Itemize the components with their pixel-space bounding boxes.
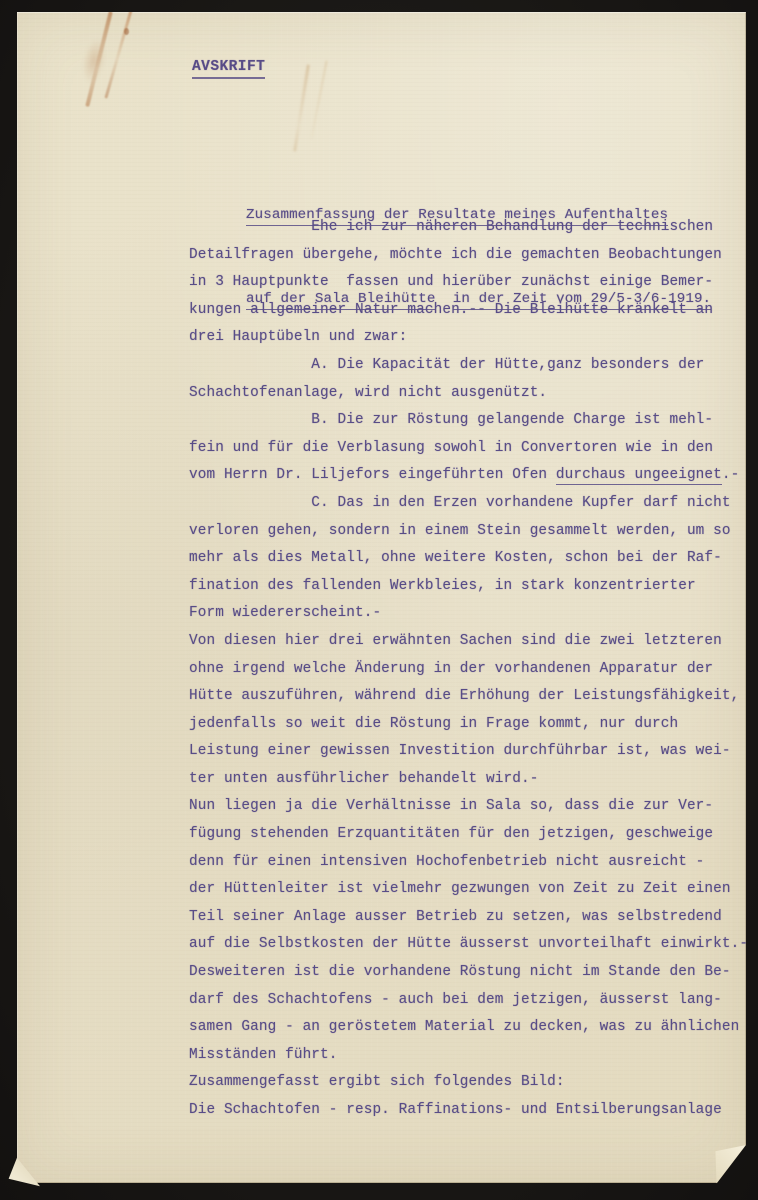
text-line-with-underline: vom Herrn Dr. Liljefors eingeführten Ofe… bbox=[189, 462, 748, 490]
text-segment: vom Herrn Dr. Liljefors eingeführten Ofe… bbox=[189, 467, 556, 483]
text-line: Form wiedererscheint.- bbox=[189, 600, 748, 628]
text-line: Desweiteren ist die vorhandene Röstung n… bbox=[189, 959, 748, 987]
text-line: A. Die Kapacität der Hütte,ganz besonder… bbox=[189, 352, 748, 380]
text-line: Von diesen hier drei erwähnten Sachen si… bbox=[189, 628, 748, 656]
text-line: drei Hauptübeln und zwar: bbox=[189, 324, 748, 352]
text-line: Schachtofenanlage, wird nicht ausgenützt… bbox=[189, 380, 748, 408]
text-line: Teil seiner Anlage ausser Betrieb zu set… bbox=[189, 904, 748, 932]
text-line: Nun liegen ja die Verhältnisse in Sala s… bbox=[189, 793, 748, 821]
text-line: Leistung einer gewissen Investition durc… bbox=[189, 738, 748, 766]
text-line: darf des Schachtofens - auch bei dem jet… bbox=[189, 987, 748, 1015]
text-line: mehr als dies Metall, ohne weitere Koste… bbox=[189, 545, 748, 573]
paper-sheet: AVSKRIFT Zusammenfassung der Resultate m… bbox=[17, 12, 746, 1183]
text-segment: .- bbox=[722, 467, 739, 483]
text-line: fügung stehenden Erzquantitäten für den … bbox=[189, 821, 748, 849]
body-text: Ehe ich zur näheren Behandlung der techn… bbox=[189, 214, 748, 1125]
text-line: Hütte auszuführen, während die Erhöhung … bbox=[189, 683, 748, 711]
text-line: jedenfalls so weit die Röstung in Frage … bbox=[189, 711, 748, 739]
scanned-document-page: { "colors": { "ink": "#584c87", "paper":… bbox=[0, 0, 758, 1200]
transcript-label: AVSKRIFT bbox=[192, 59, 265, 79]
underlined-phrase: durchaus ungeeignet bbox=[556, 467, 722, 485]
text-line: Zusammengefasst ergibt sich folgendes Bi… bbox=[189, 1069, 748, 1097]
text-line: ter unten ausführlicher behandelt wird.- bbox=[189, 766, 748, 794]
text-line: fination des fallenden Werkbleies, in st… bbox=[189, 573, 748, 601]
text-line: samen Gang - an geröstetem Material zu d… bbox=[189, 1014, 748, 1042]
text-line: C. Das in den Erzen vorhandene Kupfer da… bbox=[189, 490, 748, 518]
text-line: Ehe ich zur näheren Behandlung der techn… bbox=[189, 214, 748, 242]
text-line: verloren gehen, sondern in einem Stein g… bbox=[189, 518, 748, 546]
text-line: kungen allgemeiner Natur machen.-- Die B… bbox=[189, 297, 748, 325]
text-line: auf die Selbstkosten der Hütte äusserst … bbox=[189, 931, 748, 959]
text-line: fein und für die Verblasung sowohl in Co… bbox=[189, 435, 748, 463]
text-line: denn für einen intensiven Hochofenbetrie… bbox=[189, 849, 748, 877]
text-line: Misständen führt. bbox=[189, 1042, 748, 1070]
text-line: B. Die zur Röstung gelangende Charge ist… bbox=[189, 407, 748, 435]
text-line: Die Schachtofen - resp. Raffinations- un… bbox=[189, 1097, 748, 1125]
text-line: Detailfragen übergehe, möchte ich die ge… bbox=[189, 242, 748, 270]
text-line: in 3 Hauptpunkte fassen und hierüber zun… bbox=[189, 269, 748, 297]
text-line: der Hüttenleiter ist vielmehr gezwungen … bbox=[189, 876, 748, 904]
text-line: ohne irgend welche Änderung in der vorha… bbox=[189, 656, 748, 684]
